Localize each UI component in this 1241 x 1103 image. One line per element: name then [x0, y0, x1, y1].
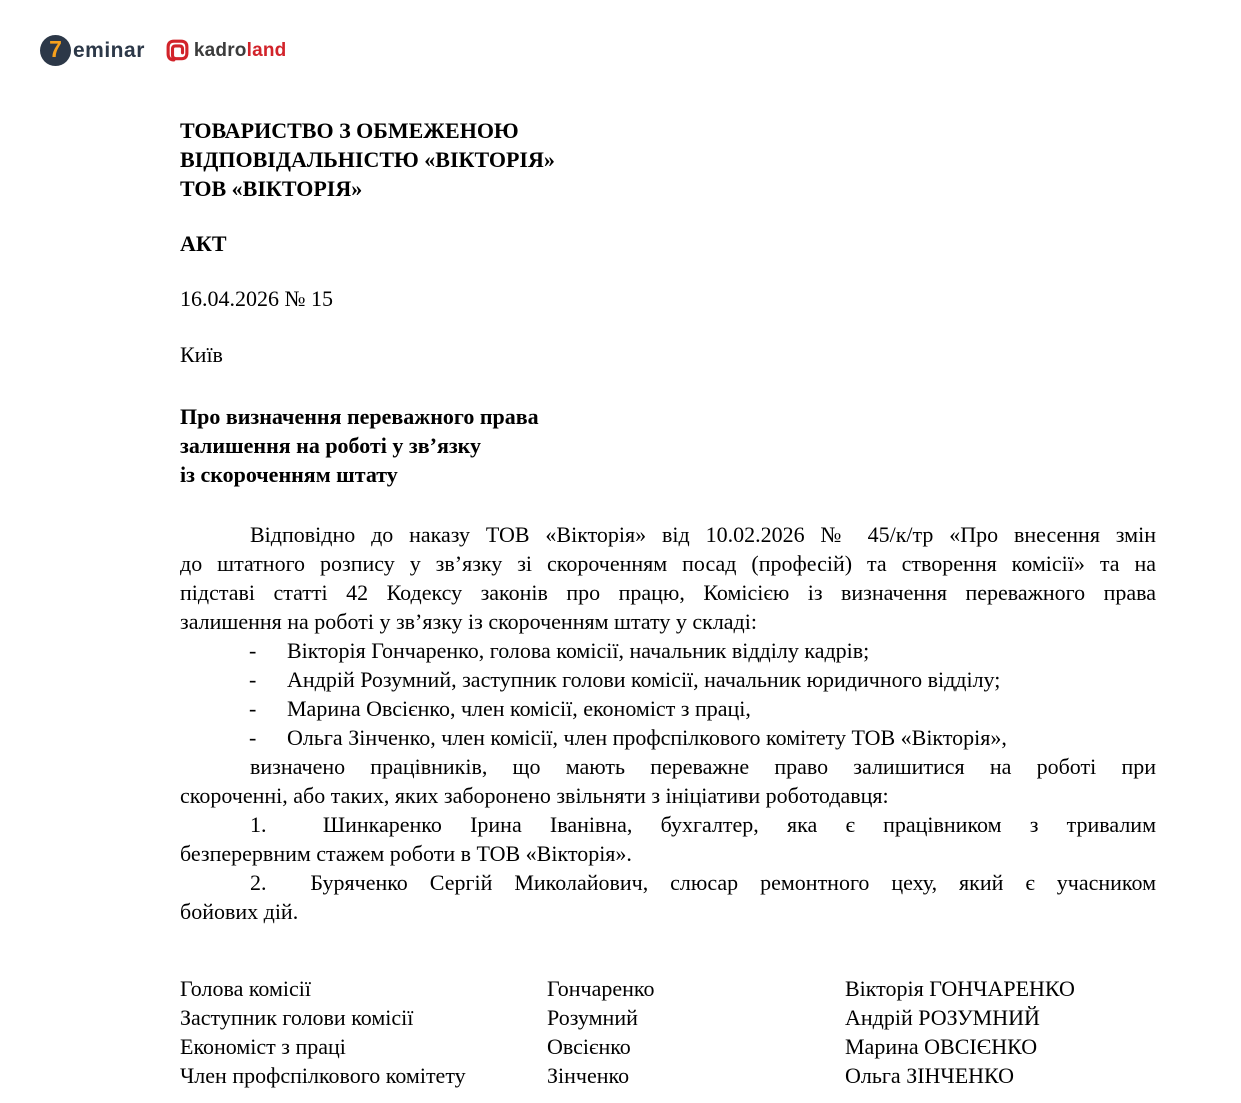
seminar-7-icon: 7: [40, 35, 71, 66]
signature-fullname: Вікторія ГОНЧАРЕНКО: [845, 974, 1075, 1003]
doc-city-text: Київ: [180, 340, 1156, 369]
brand-header: 7 eminar kadroland: [40, 35, 286, 66]
doc-subject: Про визначення переважного права залишен…: [180, 402, 1156, 489]
signature-surname: Овсієнко: [547, 1032, 631, 1061]
kadroland-logo: kadroland: [165, 38, 287, 63]
signature-row: Заступник голови комісіїРозумнийАндрій Р…: [180, 1003, 1156, 1032]
signature-surname: Зінченко: [547, 1061, 629, 1090]
doc-paragraph-line: залишення на роботі у зв’язку із скороче…: [180, 607, 1156, 636]
doc-paragraph-line: 2. Буряченко Сергій Миколайович, слюсар …: [180, 868, 1156, 897]
list-item-text: Андрій Розумний, заступник голови комісі…: [287, 667, 1000, 692]
list-item: -Андрій Розумний, заступник голови коміс…: [180, 665, 1156, 694]
paperclip-spiral-icon: [165, 38, 190, 63]
seminar-wordmark: eminar: [73, 39, 145, 63]
company-name: ТОВАРИСТВО З ОБМЕЖЕНОЮ ВІДПОВІДАЛЬНІСТЮ …: [180, 116, 1156, 203]
signature-block: Голова комісіїГончаренкоВікторія ГОНЧАРЕ…: [180, 974, 1156, 1090]
doc-paragraph-line: скороченні, або таких, яких заборонено з…: [180, 781, 1156, 810]
list-dash: -: [249, 636, 256, 665]
company-name-line: ВІДПОВІДАЛЬНІСТЮ «ВІКТОРІЯ»: [180, 145, 1156, 174]
signature-row: Економіст з праціОвсієнкоМарина ОВСІЄНКО: [180, 1032, 1156, 1061]
doc-date-number: 16.04.2026 № 15: [180, 284, 1156, 313]
list-item: -Ольга Зінченко, член комісії, член проф…: [180, 723, 1156, 752]
doc-paragraph-line: бойових дій.: [180, 897, 1156, 926]
doc-subject-line: із скороченням штату: [180, 460, 1156, 489]
signature-row: Член профспілкового комітетуЗінченкоОльг…: [180, 1061, 1156, 1090]
kadroland-wordmark-dark: kadro: [194, 40, 247, 61]
doc-paragraph-line: Відповідно до наказу ТОВ «Вікторія» від …: [180, 520, 1156, 549]
list-item: -Марина Овсієнко, член комісії, економіс…: [180, 694, 1156, 723]
doc-paragraph-line: 1. Шинкаренко Ірина Іванівна, бухгалтер,…: [180, 810, 1156, 839]
list-dash: -: [249, 665, 256, 694]
doc-city: Київ: [180, 340, 1156, 369]
list-item-text: Ольга Зінченко, член комісії, член профс…: [287, 725, 1007, 750]
signature-role: Заступник голови комісії: [180, 1003, 413, 1032]
signature-fullname: Ольга ЗІНЧЕНКО: [845, 1061, 1014, 1090]
doc-paragraph-line: підставі статті 42 Кодексу законів про п…: [180, 578, 1156, 607]
document-page: 7 eminar kadroland ТОВАРИСТВО З ОБМЕЖЕНО…: [0, 0, 1241, 1103]
kadroland-wordmark-red: land: [247, 40, 287, 61]
signature-surname: Гончаренко: [547, 974, 655, 1003]
signature-fullname: Марина ОВСІЄНКО: [845, 1032, 1037, 1061]
signature-surname: Розумний: [547, 1003, 638, 1032]
signature-row: Голова комісіїГончаренкоВікторія ГОНЧАРЕ…: [180, 974, 1156, 1003]
list-item: -Вікторія Гончаренко, голова комісії, на…: [180, 636, 1156, 665]
list-item-text: Марина Овсієнко, член комісії, економіст…: [287, 696, 751, 721]
doc-paragraph-line: безперервним стажем роботи в ТОВ «Віктор…: [180, 839, 1156, 868]
doc-type: АКТ: [180, 229, 1156, 258]
doc-text: Відповідно до наказу ТОВ «Вікторія» від …: [180, 520, 1156, 926]
list-dash: -: [249, 723, 256, 752]
doc-paragraph-line: визначено працівників, що мають переважн…: [180, 752, 1156, 781]
signature-role: Голова комісії: [180, 974, 311, 1003]
list-dash: -: [249, 694, 256, 723]
signature-role: Член профспілкового комітету: [180, 1061, 466, 1090]
doc-subject-line: залишення на роботі у зв’язку: [180, 431, 1156, 460]
seminar-7-digit: 7: [49, 38, 62, 61]
company-name-line: ТОВАРИСТВО З ОБМЕЖЕНОЮ: [180, 116, 1156, 145]
doc-date-number-text: 16.04.2026 № 15: [180, 284, 1156, 313]
kadroland-wordmark: kadroland: [194, 40, 287, 62]
doc-type-label: АКТ: [180, 229, 1156, 258]
doc-paragraph-line: до штатного розпису у зв’язку зі скороче…: [180, 549, 1156, 578]
list-item-text: Вікторія Гончаренко, голова комісії, нач…: [287, 638, 869, 663]
signature-role: Економіст з праці: [180, 1032, 346, 1061]
seminar-logo: 7 eminar: [40, 35, 145, 66]
company-name-line: ТОВ «ВІКТОРІЯ»: [180, 174, 1156, 203]
doc-subject-line: Про визначення переважного права: [180, 402, 1156, 431]
signature-fullname: Андрій РОЗУМНИЙ: [845, 1003, 1040, 1032]
